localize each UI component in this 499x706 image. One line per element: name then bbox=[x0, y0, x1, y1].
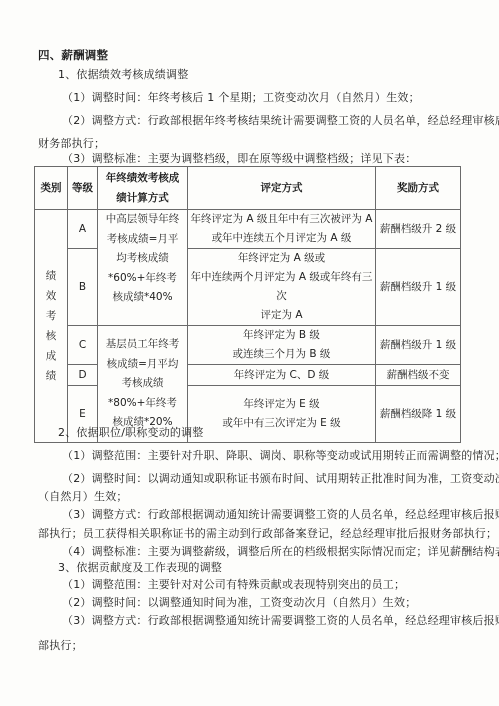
reward-cell: 薪酬档级降 1 级 bbox=[376, 386, 461, 443]
grade-cell: D bbox=[68, 365, 98, 386]
part2-item-3-cont: 部执行；员工获得相关职称证书的需主动到行政部备案登记，经总经理审批后报财务部执行… bbox=[38, 527, 497, 541]
header-grade: 等级 bbox=[68, 167, 98, 210]
part3-item-1: （1）调整范围：主要针对对公司有特殊贡献或表现特别突出的员工； bbox=[62, 578, 405, 592]
method-line: 或连续三个月为 B 级 bbox=[188, 345, 375, 364]
reward-cell: 薪酬档级升 1 级 bbox=[376, 326, 461, 365]
part2-item-2: （2）调整时间：以调动通知或职称证书颁布时间、试用期转正批准时间为准，工资变动次… bbox=[62, 472, 499, 486]
category-cell: 绩效考核成绩 bbox=[35, 210, 68, 443]
method-cell: 年终评定为 A 级且年中有三次被评为 A 或年中连续五个月评定为 A 级 bbox=[188, 210, 376, 249]
part1-item-1: （1）调整时间：年终考核后 1 个星期；工资变动次月（自然月）生效； bbox=[62, 91, 420, 105]
part1-item-2-cont: 财务部执行； bbox=[38, 137, 105, 151]
reward-cell: 薪酬档级升 2 级 bbox=[376, 210, 461, 249]
part3-item-2: （2）调整时间：以调整通知时间为准，工资变动次月（自然月）生效； bbox=[62, 596, 416, 610]
part3-item-3-cont: 部执行； bbox=[38, 639, 83, 653]
part2-item-4: （4）调整标准：主要为调整薪级，调整后所在的档级根据实际情况而定；详见薪酬结构表… bbox=[62, 545, 499, 559]
header-reward: 奖励方式 bbox=[376, 167, 461, 210]
section-title: 四、薪酬调整 bbox=[38, 48, 108, 62]
part3-item-3: （3）调整方式：行政部根据调整通知统计需要调整工资的人员名单，经总经理审核后报财… bbox=[62, 614, 499, 628]
part2-item-2-cont: （自然月）生效； bbox=[38, 490, 128, 504]
part3-heading: 3、依据贡献度及工作表现的调整 bbox=[58, 561, 222, 575]
method-cell: 年终评定为 B 级 或连续三个月为 B 级 bbox=[188, 326, 376, 365]
method-line: 年终评定为 A 级或 bbox=[188, 249, 375, 268]
method-line: 年终评定为 C、D 级 bbox=[188, 366, 375, 385]
header-category: 类别 bbox=[35, 167, 68, 210]
part2-item-3: （3）调整方式：行政部根据调动通知统计需要调整工资的人员名单，经总经理审核后报财… bbox=[62, 508, 499, 522]
part1-item-3: （3）调整标准：主要为调整档级，即在原等级中调整档级；详见下表： bbox=[62, 152, 416, 166]
part2-heading: 2、依据职位/职称变动的调整 bbox=[58, 426, 204, 440]
calc-lower-cell: 基层员工年终考核成绩=月平均考核成绩*80%+年终考核成绩*20% bbox=[98, 326, 188, 443]
grade-cell: A bbox=[68, 210, 98, 249]
method-line: 年终评定为 B 级 bbox=[188, 326, 375, 345]
method-cell: 年终评定为 A 级或 年中连续两个月评定为 A 级或年终有三次 评定为 A bbox=[188, 249, 376, 326]
method-line: 或年中有三次评定为 E 级 bbox=[188, 414, 375, 433]
method-cell: 年终评定为 C、D 级 bbox=[188, 365, 376, 386]
reward-cell: 薪酬档级不变 bbox=[376, 365, 461, 386]
method-line: 或年中连续五个月评定为 A 级 bbox=[188, 229, 375, 248]
header-calc: 年终绩效考核成绩计算方式 bbox=[98, 167, 188, 210]
header-method: 评定方式 bbox=[188, 167, 376, 210]
part2-item-1: （1）调整范围：主要针对升职、降职、调岗、职称等变动或试用期转正而需调整的情况； bbox=[62, 449, 499, 463]
salary-adjust-table: 类别 等级 年终绩效考核成绩计算方式 评定方式 奖励方式 绩效考核成绩 A 中高… bbox=[34, 166, 461, 443]
table-row: 绩效考核成绩 A 中高层领导年终考核成绩=月平均考核成绩*60%+年终考核成绩*… bbox=[35, 210, 461, 249]
grade-cell: C bbox=[68, 326, 98, 365]
method-cell: 年终评定为 E 级 或年中有三次评定为 E 级 bbox=[188, 386, 376, 443]
method-line: 年终评定为 E 级 bbox=[188, 395, 375, 414]
table-row: C 基层员工年终考核成绩=月平均考核成绩*80%+年终考核成绩*20% 年终评定… bbox=[35, 326, 461, 365]
method-line: 评定为 A bbox=[188, 306, 375, 325]
part1-item-2: （2）调整方式：行政部根据年终考核结果统计需要调整工资的人员名单，经总经理审核后… bbox=[62, 114, 499, 128]
reward-cell: 薪酬档级升 1 级 bbox=[376, 249, 461, 326]
part1-heading: 1、依据绩效考核成绩调整 bbox=[58, 68, 188, 82]
grade-cell: B bbox=[68, 249, 98, 326]
calc-upper-cell: 中高层领导年终考核成绩=月平均考核成绩*60%+年终考核成绩*40% bbox=[98, 210, 188, 326]
method-line: 年中连续两个月评定为 A 级或年终有三次 bbox=[188, 268, 375, 306]
method-line: 年终评定为 A 级且年中有三次被评为 A bbox=[188, 210, 375, 229]
